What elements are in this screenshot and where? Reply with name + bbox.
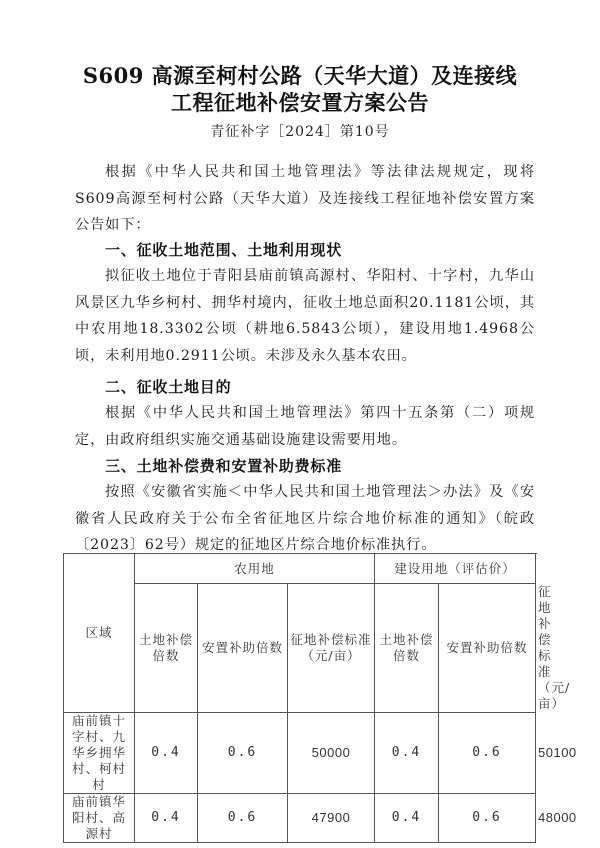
document-number: 青征补字［2024］第10号	[0, 121, 600, 141]
cell-cons-land-comp: 0.4	[375, 794, 439, 843]
title-line-1: S609 高源至柯村公路（天华大道）及连接线	[0, 60, 600, 90]
header-cons-land-comp: 土地补偿倍数	[375, 584, 439, 713]
section-1-body: 拟征收土地位于青阳县庙前镇高源村、华阳村、十字村，九华山风景区九华乡柯村、拥华村…	[75, 263, 535, 369]
header-cons-resettle: 安置补助倍数	[439, 584, 536, 713]
header-construction-land: 建设用地（评估价）	[375, 554, 536, 584]
header-area: 区域	[64, 554, 135, 713]
cell-agri-resettle: 0.6	[198, 794, 288, 843]
intro-paragraph: 根据《中华人民共和国土地管理法》等法律法规规定，现将S609高源至柯村公路（天华…	[75, 159, 535, 239]
cell-agri-land-comp: 0.4	[135, 713, 198, 794]
cell-cons-resettle: 0.6	[439, 794, 536, 843]
table-row: 庙前镇十字村、九华乡拥华村、柯村村 0.4 0.6 50000 0.4 0.6 …	[64, 713, 536, 794]
cell-agri-standard: 47900	[288, 794, 375, 843]
title-line-2: 工程征地补偿安置方案公告	[0, 87, 600, 117]
section-1-heading: 一、征收土地范围、土地利用现状	[105, 239, 342, 260]
section-2-heading: 二、征收土地目的	[105, 376, 231, 397]
section-3-body: 按照《安徽省实施＜中华人民共和国土地管理法＞办法》及《安徽省人民政府关于公布全省…	[75, 479, 535, 559]
header-agri-resettle: 安置补助倍数	[198, 584, 288, 713]
cell-agri-land-comp: 0.4	[135, 794, 198, 843]
header-agri-land: 农用地	[135, 554, 375, 584]
cell-cons-land-comp: 0.4	[375, 713, 439, 794]
cell-agri-standard: 50000	[288, 713, 375, 794]
section-3-heading: 三、土地补偿费和安置补助费标准	[105, 455, 342, 476]
header-agri-land-comp: 土地补偿倍数	[135, 584, 198, 713]
table-header-row-2: 土地补偿倍数 安置补助倍数 征地补偿标准（元/亩） 土地补偿倍数 安置补助倍数 …	[64, 584, 536, 713]
header-agri-standard: 征地补偿标准（元/亩）	[288, 584, 375, 713]
cell-area: 庙前镇华阳村、高源村	[64, 794, 135, 843]
cell-agri-resettle: 0.6	[198, 713, 288, 794]
table-header-row-1: 区域 农用地 建设用地（评估价）	[64, 554, 536, 584]
cell-cons-resettle: 0.6	[439, 713, 536, 794]
section-2-body: 根据《中华人民共和国土地管理法》第四十五条第（二）项规定，由政府组织实施交通基础…	[75, 400, 535, 453]
compensation-table: 区域 农用地 建设用地（评估价） 土地补偿倍数 安置补助倍数 征地补偿标准（元/…	[63, 553, 536, 843]
cell-area: 庙前镇十字村、九华乡拥华村、柯村村	[64, 713, 135, 794]
table-row: 庙前镇华阳村、高源村 0.4 0.6 47900 0.4 0.6 48000	[64, 794, 536, 843]
